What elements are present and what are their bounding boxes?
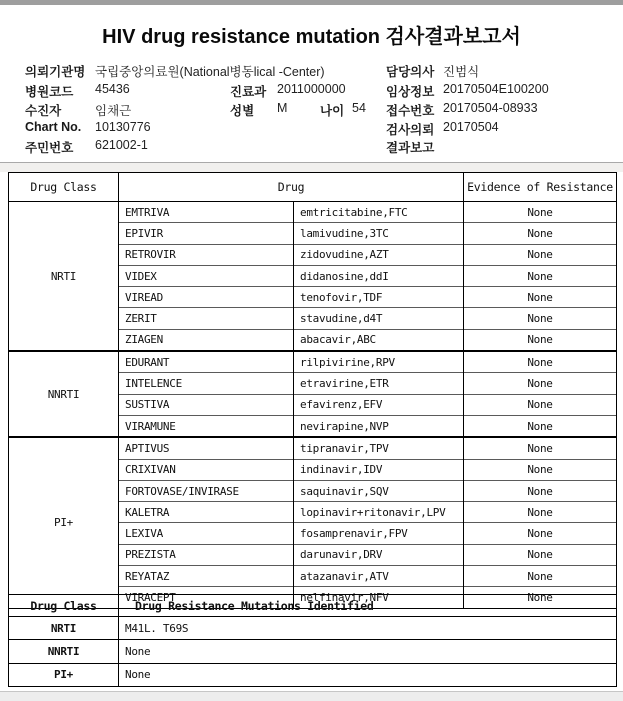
- evidence-cell: None: [464, 459, 617, 480]
- evidence-cell: None: [464, 566, 617, 587]
- mut-identified-header: Drug Resistance Mutations Identified: [119, 595, 617, 617]
- evidence-header: Evidence of Resistance: [464, 173, 617, 202]
- evidence-cell: None: [464, 244, 617, 265]
- generic-cell: lamivudine,3TC: [294, 223, 464, 244]
- mutation-drug-class-cell: NRTI: [9, 617, 119, 640]
- generic-cell: saquinavir,SQV: [294, 480, 464, 501]
- mutation-row: NNRTINone: [9, 640, 617, 663]
- report-title: HIV drug resistance mutation 검사결과보고서: [0, 20, 623, 49]
- evidence-cell: None: [464, 265, 617, 286]
- brand-cell: EPIVIR: [119, 223, 294, 244]
- drug-table-header-row: Drug Class Drug Evidence of Resistance: [9, 173, 617, 202]
- evidence-cell: None: [464, 502, 617, 523]
- brand-cell: REYATAZ: [119, 566, 294, 587]
- generic-cell: atazanavir,ATV: [294, 566, 464, 587]
- sex-value: M: [277, 101, 287, 115]
- drug-class-cell: NNRTI: [9, 351, 119, 437]
- drug-class-cell: NRTI: [9, 202, 119, 352]
- generic-cell: lopinavir+ritonavir,LPV: [294, 502, 464, 523]
- resident-no-value: 621002-1: [95, 138, 148, 152]
- generic-cell: tipranavir,TPV: [294, 437, 464, 459]
- generic-cell: zidovudine,AZT: [294, 244, 464, 265]
- evidence-cell: None: [464, 415, 617, 437]
- mutation-row: NRTIM41L. T69S: [9, 617, 617, 640]
- brand-cell: APTIVUS: [119, 437, 294, 459]
- generic-cell: nevirapine,NVP: [294, 415, 464, 437]
- patient-label: 수진자: [25, 101, 61, 119]
- evidence-cell: None: [464, 437, 617, 459]
- brand-cell: CRIXIVAN: [119, 459, 294, 480]
- evidence-cell: None: [464, 223, 617, 244]
- brand-cell: RETROVIR: [119, 244, 294, 265]
- brand-cell: VIDEX: [119, 265, 294, 286]
- brand-cell: LEXIVA: [119, 523, 294, 544]
- brand-cell: EMTRIVA: [119, 202, 294, 223]
- result-report-label: 결과보고: [386, 138, 434, 156]
- age-value: 54: [352, 101, 366, 115]
- generic-cell: emtricitabine,FTC: [294, 202, 464, 223]
- clinical-info-label: 임상정보: [386, 82, 434, 100]
- evidence-cell: None: [464, 202, 617, 223]
- mutation-value-cell: M41L. T69S: [119, 617, 617, 640]
- receipt-no-value: 20170504-08933: [443, 101, 538, 115]
- hospital-code-value: 45436: [95, 82, 130, 96]
- org-name-value: 국립중앙의료원(National병동lical -Center): [95, 62, 325, 80]
- window-top-bar: [0, 0, 623, 5]
- evidence-cell: None: [464, 480, 617, 501]
- generic-cell: rilpivirine,RPV: [294, 351, 464, 373]
- drug-row: NNRTIEDURANTrilpivirine,RPVNone: [9, 351, 617, 373]
- drug-resistance-table: Drug Class Drug Evidence of Resistance N…: [8, 172, 617, 609]
- brand-cell: INTELENCE: [119, 373, 294, 394]
- generic-cell: efavirenz,EFV: [294, 394, 464, 415]
- mut-drug-class-header: Drug Class: [9, 595, 119, 617]
- doctor-label: 담당의사: [386, 62, 434, 80]
- mutations-table: Drug Class Drug Resistance Mutations Ide…: [8, 594, 617, 687]
- sex-label: 성별: [230, 101, 254, 119]
- generic-cell: etravirine,ETR: [294, 373, 464, 394]
- generic-cell: darunavir,DRV: [294, 544, 464, 565]
- report-page: { "title": "HIV drug resistance mutation…: [0, 0, 623, 701]
- mutations-table-header-row: Drug Class Drug Resistance Mutations Ide…: [9, 595, 617, 617]
- brand-cell: VIRAMUNE: [119, 415, 294, 437]
- evidence-cell: None: [464, 523, 617, 544]
- chart-no-value: 10130776: [95, 120, 151, 134]
- brand-cell: FORTOVASE/INVIRASE: [119, 480, 294, 501]
- generic-cell: fosamprenavir,FPV: [294, 523, 464, 544]
- generic-cell: stavudine,d4T: [294, 308, 464, 329]
- mutation-value-cell: None: [119, 640, 617, 663]
- org-name-label: 의뢰기관명: [25, 62, 85, 80]
- generic-cell: didanosine,ddI: [294, 265, 464, 286]
- brand-cell: EDURANT: [119, 351, 294, 373]
- drug-class-cell: PI+: [9, 437, 119, 608]
- drug-header: Drug: [119, 173, 464, 202]
- brand-cell: SUSTIVA: [119, 394, 294, 415]
- chart-no-label: Chart No.: [25, 120, 81, 134]
- department-label: 진료과: [230, 82, 266, 100]
- doctor-value: 진범식: [443, 62, 479, 80]
- drug-row: NRTIEMTRIVAemtricitabine,FTCNone: [9, 202, 617, 223]
- evidence-cell: None: [464, 544, 617, 565]
- evidence-cell: None: [464, 287, 617, 308]
- evidence-cell: None: [464, 394, 617, 415]
- brand-cell: ZERIT: [119, 308, 294, 329]
- drug-class-header: Drug Class: [9, 173, 119, 202]
- generic-cell: abacavir,ABC: [294, 329, 464, 351]
- hospital-code-label: 병원코드: [25, 82, 73, 100]
- mutation-drug-class-cell: NNRTI: [9, 640, 119, 663]
- brand-cell: KALETRA: [119, 502, 294, 523]
- evidence-cell: None: [464, 308, 617, 329]
- receipt-no-label: 접수번호: [386, 101, 434, 119]
- test-request-value: 20170504: [443, 120, 499, 134]
- drug-row: PI+APTIVUStipranavir,TPVNone: [9, 437, 617, 459]
- mutation-value-cell: None: [119, 663, 617, 686]
- generic-cell: indinavir,IDV: [294, 459, 464, 480]
- age-label: 나이: [320, 101, 344, 119]
- clinical-info-value: 20170504E100200: [443, 82, 549, 96]
- evidence-cell: None: [464, 351, 617, 373]
- mutation-drug-class-cell: PI+: [9, 663, 119, 686]
- resident-no-label: 주민번호: [25, 138, 73, 156]
- patient-value: 임채근: [95, 101, 131, 119]
- brand-cell: VIREAD: [119, 287, 294, 308]
- brand-cell: PREZISTA: [119, 544, 294, 565]
- evidence-cell: None: [464, 329, 617, 351]
- bottom-page-edge: [0, 691, 623, 701]
- evidence-cell: None: [464, 373, 617, 394]
- department-value: 2011000000: [277, 82, 346, 96]
- generic-cell: tenofovir,TDF: [294, 287, 464, 308]
- test-request-label: 검사의뢰: [386, 120, 434, 138]
- mutation-row: PI+None: [9, 663, 617, 686]
- brand-cell: ZIAGEN: [119, 329, 294, 351]
- page-break-divider: [0, 162, 623, 172]
- patient-info-section: 의뢰기관명 국립중앙의료원(National병동lical -Center) 병…: [0, 58, 623, 162]
